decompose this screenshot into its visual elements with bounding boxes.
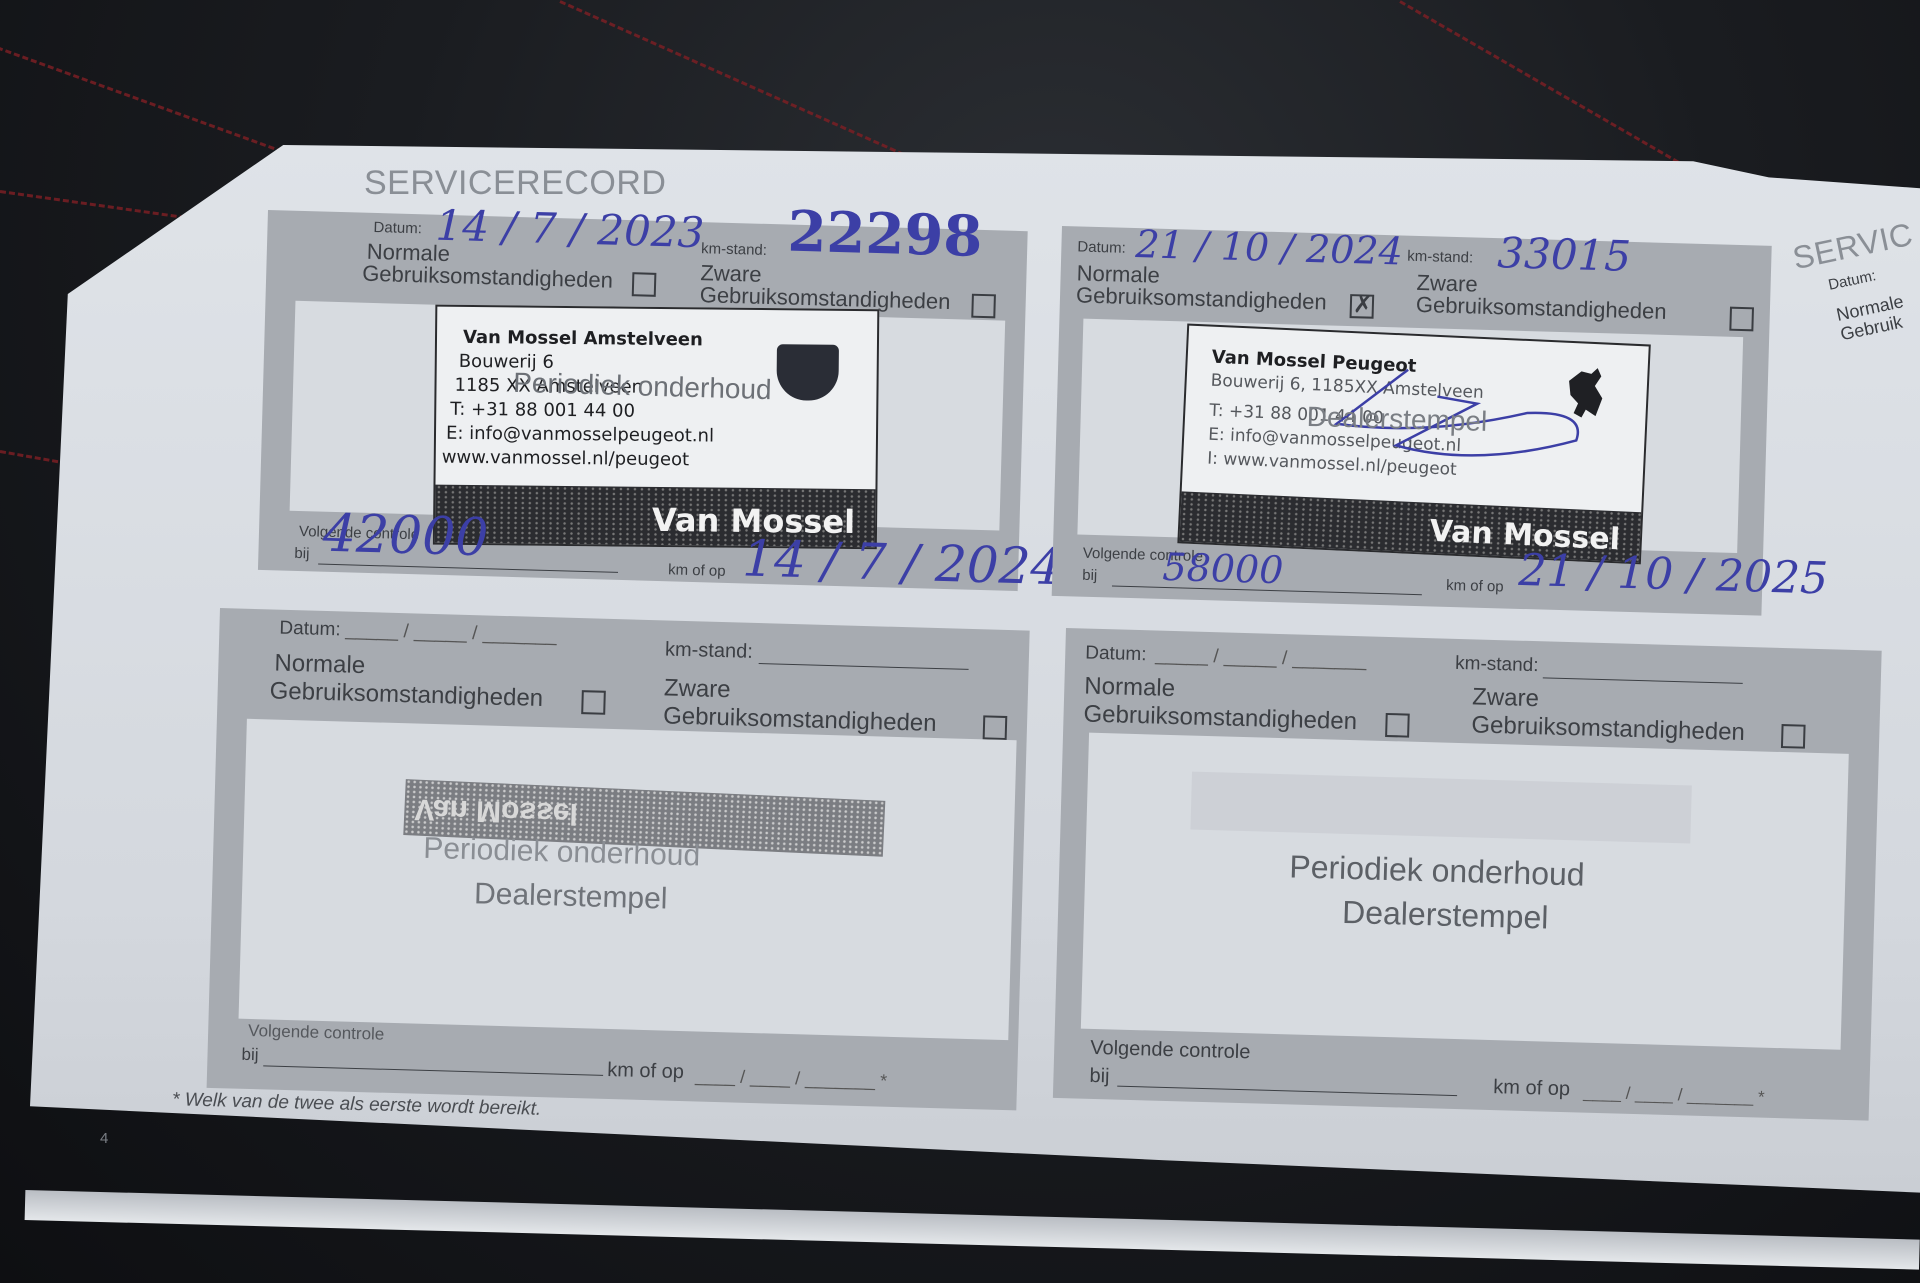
datum-label: Datum:: [279, 618, 341, 642]
record-2: Datum: 21 / 10 / 2024 km-stand: 33015 No…: [1052, 226, 1772, 616]
normale-label: Normale: [274, 650, 365, 681]
normale-label: Normale: [1084, 673, 1175, 704]
km-of-op-label: km of op: [607, 1059, 684, 1084]
km-stand-label: km-stand:: [1407, 248, 1473, 267]
record-4: Datum: _____ / _____ / _______ km-stand:…: [1053, 628, 1882, 1121]
dealerstempel-label: Dealerstempel: [474, 877, 668, 916]
km-of-op-label: km of op: [1493, 1076, 1570, 1101]
stamp-area: [239, 719, 1017, 1040]
zware-label: Zware: [1472, 683, 1539, 713]
bij-label: bij: [1089, 1065, 1110, 1089]
record-1-date[interactable]: 14 / 7 / 2023: [435, 201, 705, 257]
km-stand-label: km-stand:: [665, 638, 753, 663]
next-km-line: [1117, 1086, 1457, 1096]
page-number: 4: [100, 1130, 108, 1147]
km-of-op-label: km of op: [668, 561, 726, 580]
stamp-line: T: +31 88 001 44 00: [450, 399, 635, 422]
km-stand-line: [1543, 677, 1743, 684]
heavy-conditions-checkbox[interactable]: [1781, 724, 1806, 749]
record-1-next-date[interactable]: 14 / 7 / 2024: [742, 529, 1063, 596]
record-1-km[interactable]: 22298: [787, 199, 984, 270]
zware-label: Zware: [664, 674, 731, 704]
km-of-op-label: km of op: [1446, 577, 1504, 596]
record-2-km[interactable]: 33015: [1497, 228, 1632, 281]
page-title: SERVICERECORD: [364, 164, 667, 203]
normal-conditions-checkbox[interactable]: [581, 690, 606, 715]
booklet-edge: [25, 1190, 1920, 1270]
record-3-date-blank[interactable]: _____ / _____ / _______: [345, 620, 557, 648]
record-1: Datum: 14 / 7 / 2023 km-stand: 22298 Nor…: [258, 210, 1028, 591]
record-2-next-km[interactable]: 58000: [1162, 545, 1284, 592]
heavy-conditions-checkbox[interactable]: [971, 294, 996, 319]
volgende-label: Volgende controle: [248, 1021, 385, 1045]
heavy-conditions-checkbox[interactable]: [1729, 307, 1754, 332]
normal-conditions-checkbox[interactable]: [1350, 294, 1375, 319]
datum-label: Datum:: [1077, 238, 1126, 256]
heavy-conditions-checkbox[interactable]: [983, 715, 1008, 740]
km-stand-line: [759, 663, 969, 670]
volgende-label: Volgende controle: [1090, 1037, 1251, 1064]
stamp-line: www.vanmossel.nl/peugeot: [442, 447, 690, 471]
bij-label: bij: [294, 545, 309, 562]
record-3: Datum: _____ / _____ / _______ km-stand:…: [207, 608, 1030, 1110]
km-stand-label: km-stand:: [701, 240, 767, 259]
dealerstempel-label: Dealerstempel: [1306, 401, 1487, 438]
bij-label: bij: [241, 1045, 259, 1065]
normale-gebruik-label: Gebruiksomstandigheden: [1076, 282, 1327, 315]
km-stand-label: km-stand:: [1455, 653, 1539, 677]
zware-gebruik-label: Gebruiksomstandigheden: [1471, 711, 1745, 747]
dealer-stamp: Van Mossel Amstelveen Bouwerij 6 1185 XX…: [433, 305, 879, 550]
record-2-date[interactable]: 21 / 10 / 2024: [1135, 222, 1403, 273]
normale-gebruik-label: Gebruiksomstandigheden: [269, 677, 543, 713]
dealerstempel-label: Dealerstempel: [1342, 894, 1549, 937]
normal-conditions-checkbox[interactable]: [632, 272, 657, 297]
record-3-next-date-blank[interactable]: ____ / ____ / _______ *: [695, 1065, 888, 1091]
record-2-next-date[interactable]: 21 / 10 / 2025: [1518, 545, 1829, 605]
stamp-line: Van Mossel Amstelveen: [463, 327, 703, 351]
normale-gebruik-label: Gebruiksomstandigheden: [1083, 701, 1357, 737]
show-through-text: Van Mossel: [414, 792, 578, 831]
record-4-next-date-blank[interactable]: ____ / ____ / _______ *: [1583, 1083, 1765, 1108]
zware-gebruik-label: Gebruiksomstandigheden: [1416, 292, 1667, 325]
shield-icon: [776, 344, 839, 401]
normal-conditions-checkbox[interactable]: [1385, 713, 1410, 738]
normale-gebruik-label: Gebruiksomstandigheden: [362, 261, 613, 294]
stamp-line: E: info@vanmosselpeugeot.nl: [446, 423, 714, 447]
next-km-line: [263, 1065, 603, 1075]
datum-label: Datum:: [373, 219, 422, 237]
datum-label: Datum:: [1085, 643, 1147, 667]
record-4-date-blank[interactable]: _____ / _____ / _______: [1155, 645, 1367, 673]
record-1-next-km[interactable]: 42000: [322, 504, 489, 569]
bij-label: bij: [1082, 567, 1097, 584]
